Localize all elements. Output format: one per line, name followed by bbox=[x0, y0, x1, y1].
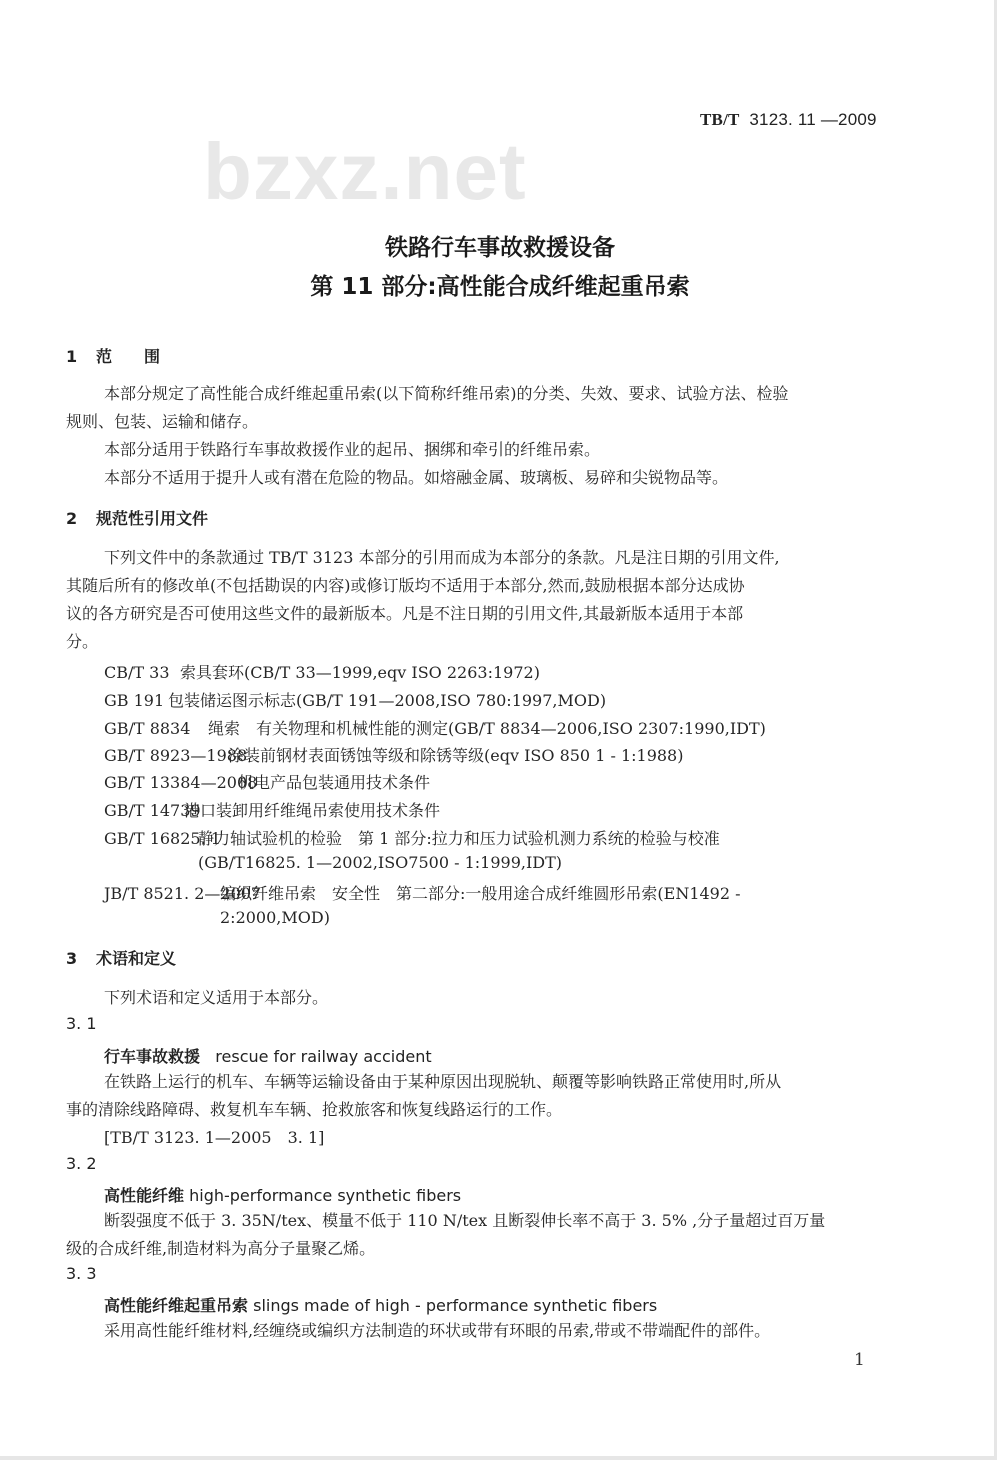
section-number: 3 bbox=[66, 949, 96, 968]
reference-code: GB 191 bbox=[104, 691, 168, 710]
reference-title: 编织纤维吊索 安全性 第二部分:一般用途合成纤维圆形吊索(EN1492 - bbox=[220, 884, 741, 903]
reference-title: 静力轴试验机的检验 第 1 部分:拉力和压力试验机测力系统的检验与校准 bbox=[198, 829, 720, 848]
reference-item: GB/T 16825. 1静力轴试验机的检验 第 1 部分:拉力和压力试验机测力… bbox=[104, 826, 720, 849]
reference-code: GB/T 8834 bbox=[104, 719, 208, 738]
reference-code: GB/T 13384—2008 bbox=[104, 773, 238, 792]
clause-number: 3. 3 bbox=[66, 1264, 97, 1283]
document-title-line2: 第 11 部分:高性能合成纤维起重吊索 bbox=[0, 268, 1000, 301]
section-number: 2 bbox=[66, 509, 96, 528]
paragraph-cont: 其随后所有的修改单(不包括勘误的内容)或修订版均不适用于本部分,然而,鼓励根据本… bbox=[66, 572, 745, 600]
term-en: rescue for railway accident bbox=[215, 1047, 431, 1066]
reference-code: CB/T 33 bbox=[104, 663, 180, 682]
reference-item: GB 191包装储运图示标志(GB/T 191—2008,ISO 780:199… bbox=[104, 688, 606, 711]
reference-code: GB/T 14739 bbox=[104, 801, 184, 820]
term-heading: 行车事故救援 rescue for railway accident bbox=[104, 1044, 432, 1067]
reference-item: GB/T 8834绳索 有关物理和机械性能的测定(GB/T 8834—2006,… bbox=[104, 716, 766, 739]
reference-title: 港口装卸用纤维绳吊索使用技术条件 bbox=[184, 801, 440, 820]
term-heading: 高性能纤维起重吊索 slings made of high - performa… bbox=[104, 1293, 657, 1316]
paragraph-cont: 规则、包装、运输和储存。 bbox=[66, 408, 258, 436]
reference-title: 绳索 有关物理和机械性能的测定(GB/T 8834—2006,ISO 2307:… bbox=[208, 719, 766, 738]
term-en: slings made of high - performance synthe… bbox=[253, 1296, 657, 1315]
definition-cont: 事的清除线路障碍、救复机车车辆、抢救旅客和恢复线路运行的工作。 bbox=[66, 1096, 562, 1124]
section-1-heading: 1范 围 bbox=[66, 344, 160, 367]
page-number: 1 bbox=[854, 1350, 865, 1370]
paragraph: 本部分规定了高性能合成纤维起重吊索(以下简称纤维吊索)的分类、失效、要求、试验方… bbox=[104, 380, 789, 408]
reference-title: 涂装前钢材表面锈蚀等级和除锈等级(eqv ISO 850 1 - 1:1988) bbox=[228, 746, 683, 765]
paragraph: 下列文件中的条款通过 TB/T 3123 本部分的引用而成为本部分的条款。凡是注… bbox=[104, 544, 780, 572]
term-heading: 高性能纤维 high-performance synthetic fibers bbox=[104, 1183, 461, 1206]
standard-prefix: TB/T bbox=[700, 110, 740, 129]
definition: 在铁路上运行的机车、车辆等运输设备由于某种原因出现脱轨、颠覆等影响铁路正常使用时… bbox=[104, 1068, 781, 1096]
reference-continuation: 2:2000,MOD) bbox=[220, 908, 330, 927]
reference-code: GB/T 16825. 1 bbox=[104, 829, 198, 848]
definition: 断裂强度不低于 3. 35N/tex、模量不低于 110 N/tex 且断裂伸长… bbox=[104, 1207, 825, 1235]
paragraph-cont: 议的各方研究是否可使用这些文件的最新版本。凡是不注日期的引用文件,其最新版本适用… bbox=[66, 600, 743, 628]
reference-item: JB/T 8521. 2—2007编织纤维吊索 安全性 第二部分:一般用途合成纤… bbox=[104, 881, 741, 904]
reference-item: CB/T 33索具套环(CB/T 33—1999,eqv ISO 2263:19… bbox=[104, 660, 540, 683]
paragraph: 本部分不适用于提升人或有潜在危险的物品。如熔融金属、玻璃板、易碎和尖锐物品等。 bbox=[104, 464, 728, 492]
paragraph: 本部分适用于铁路行车事故救援作业的起吊、捆绑和牵引的纤维吊索。 bbox=[104, 436, 600, 464]
term-zh: 高性能纤维 bbox=[104, 1186, 184, 1205]
document-title-line1: 铁路行车事故救援设备 bbox=[0, 229, 1000, 262]
reference-continuation: (GB/T16825. 1—2002,ISO7500 - 1:1999,IDT) bbox=[198, 853, 562, 872]
clause-number: 3. 1 bbox=[66, 1014, 97, 1033]
section-2-heading: 2规范性引用文件 bbox=[66, 506, 208, 529]
reference-item: GB/T 8923—1988涂装前钢材表面锈蚀等级和除锈等级(eqv ISO 8… bbox=[104, 743, 683, 766]
watermark: bzxz.net bbox=[203, 132, 527, 212]
reference-title: 索具套环(CB/T 33—1999,eqv ISO 2263:1972) bbox=[180, 663, 540, 682]
clause-number: 3. 2 bbox=[66, 1154, 97, 1173]
definition-cont: 级的合成纤维,制造材料为高分子量聚乙烯。 bbox=[66, 1235, 375, 1263]
reference-item: GB/T 13384—2008机电产品包装通用技术条件 bbox=[104, 770, 430, 793]
term-source: [TB/T 3123. 1—2005 3. 1] bbox=[104, 1124, 324, 1152]
document-page: TB/T 3123. 11 —2009 bzxz.net 铁路行车事故救援设备 … bbox=[0, 0, 997, 1460]
section-number: 1 bbox=[66, 347, 96, 366]
paragraph: 下列术语和定义适用于本部分。 bbox=[104, 984, 328, 1012]
reference-code: GB/T 8923—1988 bbox=[104, 746, 228, 765]
reference-item: GB/T 14739港口装卸用纤维绳吊索使用技术条件 bbox=[104, 798, 440, 821]
term-zh: 高性能纤维起重吊索 bbox=[104, 1296, 248, 1315]
section-title: 范 围 bbox=[96, 347, 160, 366]
paragraph-cont: 分。 bbox=[66, 628, 98, 656]
standard-number-header: TB/T 3123. 11 —2009 bbox=[700, 110, 877, 130]
section-title: 规范性引用文件 bbox=[96, 509, 208, 528]
section-3-heading: 3术语和定义 bbox=[66, 946, 176, 969]
definition: 采用高性能纤维材料,经缠绕或编织方法制造的环状或带有环眼的吊索,带或不带端配件的… bbox=[104, 1317, 770, 1345]
reference-code: JB/T 8521. 2—2007 bbox=[104, 884, 220, 903]
term-en: high-performance synthetic fibers bbox=[189, 1186, 461, 1205]
section-title: 术语和定义 bbox=[96, 949, 176, 968]
term-zh: 行车事故救援 bbox=[104, 1047, 200, 1066]
reference-title: 包装储运图示标志(GB/T 191—2008,ISO 780:1997,MOD) bbox=[168, 691, 606, 710]
standard-number: 3123. 11 —2009 bbox=[749, 110, 876, 129]
reference-title: 机电产品包装通用技术条件 bbox=[238, 773, 430, 792]
